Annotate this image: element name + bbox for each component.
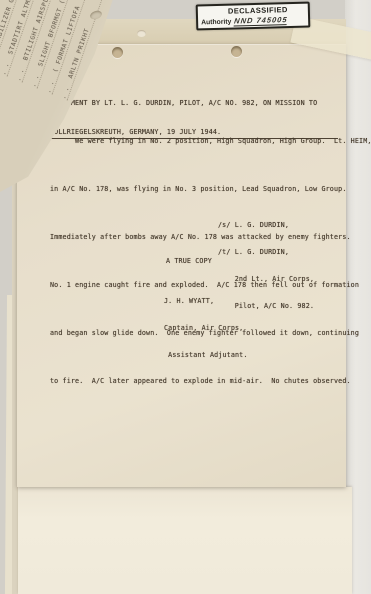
body-line: in A/C No. 178, was flying in No. 3 posi… — [50, 181, 371, 197]
underlying-sheet — [18, 487, 352, 594]
punch-hole-right — [231, 46, 242, 57]
backing-sheet-punch-hole — [137, 30, 146, 37]
declassified-stamp: DECLASSIFIED Authority NND 745005 — [196, 2, 311, 31]
certifier-line: J. H. WYATT, — [164, 297, 248, 306]
punch-hole-left — [112, 47, 123, 58]
authority-number-handwritten: NND 745005 — [234, 15, 288, 26]
body-line: Immediately after bombs away A/C No. 178… — [50, 229, 371, 245]
signature-line: /t/ L. G. DURDIN, — [218, 248, 314, 257]
authority-label: Authority — [201, 18, 231, 26]
certifier-block: J. H. WYATT, Captain, Air Corps, Assista… — [164, 279, 248, 378]
certifier-line: Captain, Air Corps, — [164, 324, 248, 333]
body-line: We were flying in No. 2 position, High S… — [50, 133, 371, 149]
signature-line: /s/ L. G. DURDIN, — [218, 221, 314, 230]
true-copy-label: A TRUE COPY — [166, 257, 212, 266]
certifier-line: Assistant Adjutant. — [164, 351, 248, 360]
scanned-document-page: STATEMENT BY LT. L. G. DURDIN, PILOT, A/… — [0, 0, 371, 594]
